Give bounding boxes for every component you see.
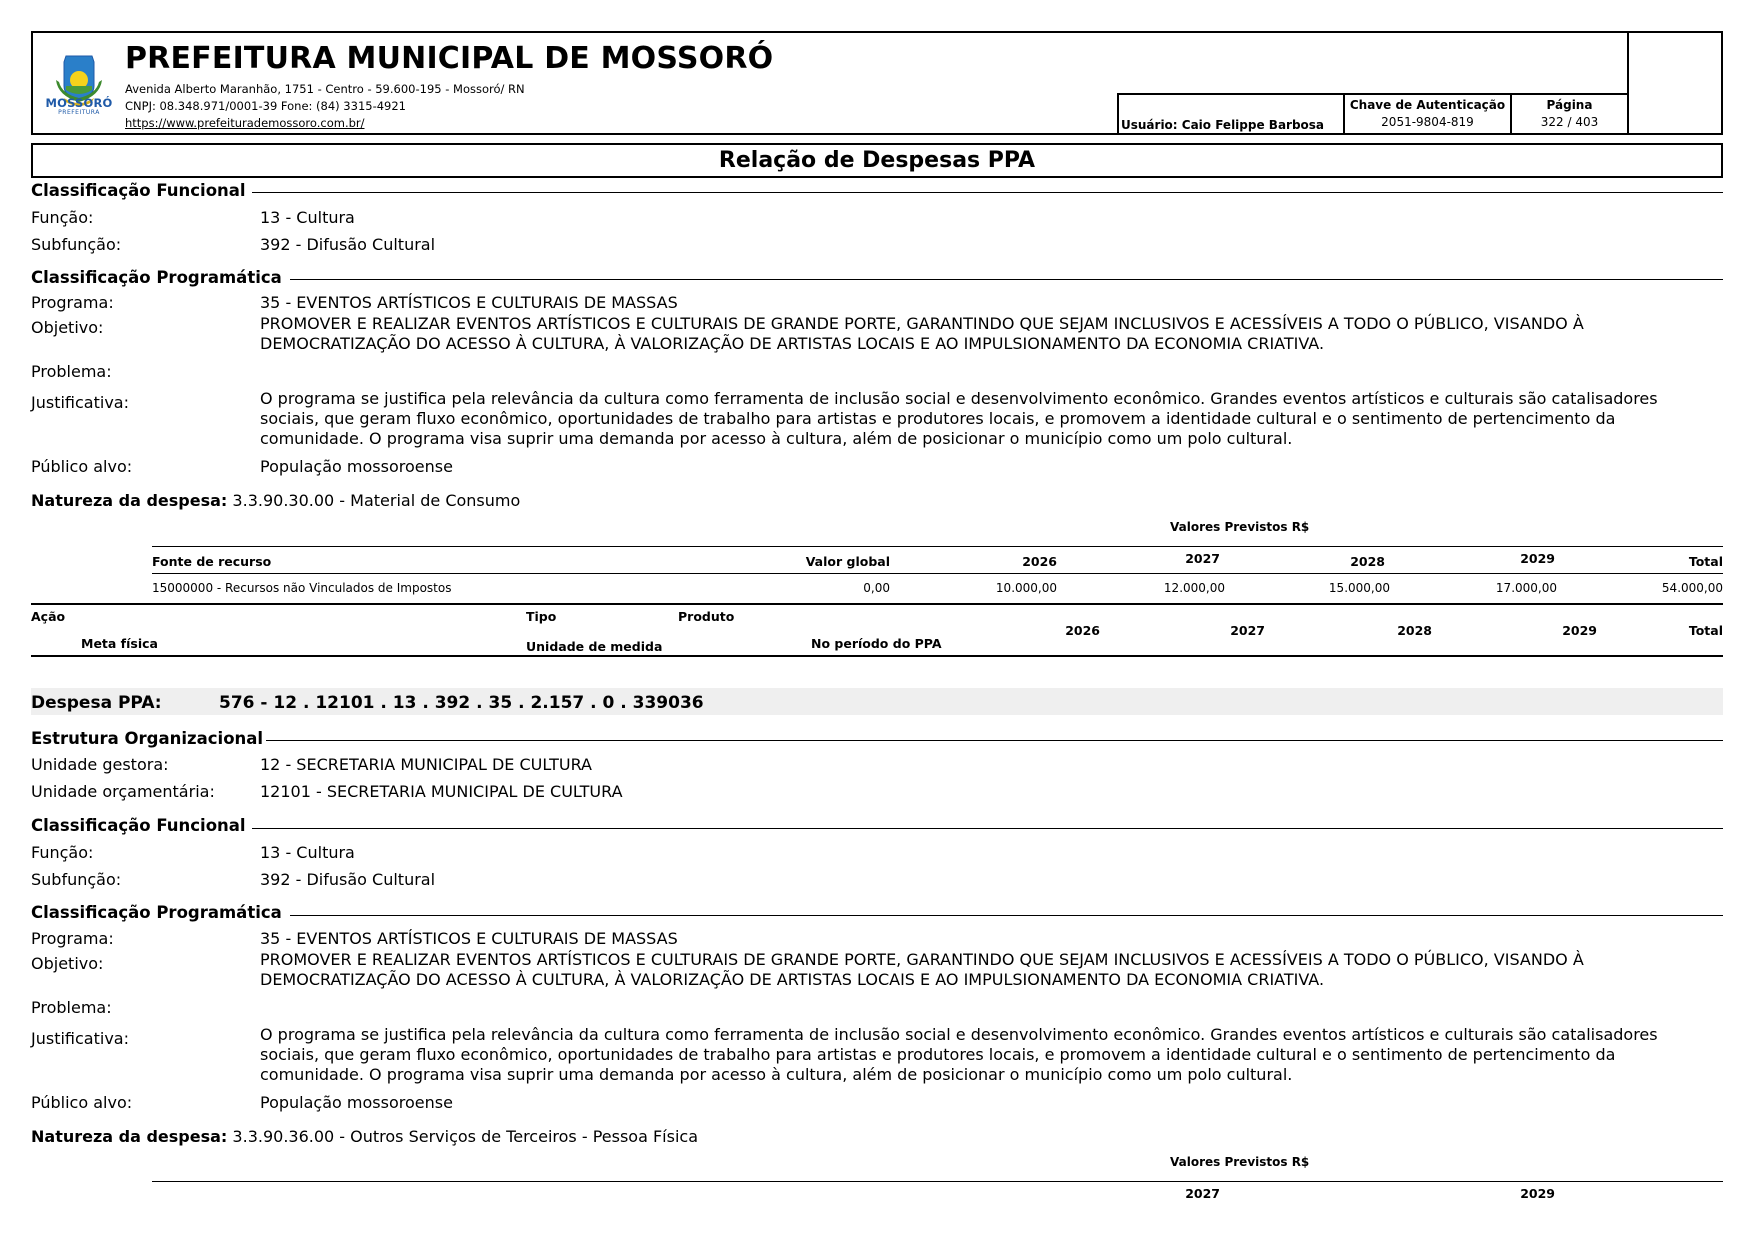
funcao-label: Função: bbox=[31, 208, 93, 227]
col-meta-2026: 2026 bbox=[1000, 623, 1100, 638]
problema-label: Problema: bbox=[31, 362, 112, 381]
section-heading-estrutura-organizacional: Estrutura Organizacional bbox=[31, 729, 263, 748]
natureza-despesa: Natureza da despesa: 3.3.90.30.00 - Mate… bbox=[31, 491, 520, 510]
problema-label: Problema: bbox=[31, 998, 112, 1017]
subfuncao-label: Subfunção: bbox=[31, 235, 121, 254]
section-heading-classificacao-programatica: Classificação Programática bbox=[31, 903, 282, 922]
funcao-label: Função: bbox=[31, 843, 93, 862]
unidade-gestora-label: Unidade gestora: bbox=[31, 755, 169, 774]
col-unidade-medida: Unidade de medida bbox=[526, 639, 662, 654]
fonte-recurso-cell: 15000000 - Recursos não Vinculados de Im… bbox=[152, 581, 451, 595]
section-rule bbox=[290, 279, 1723, 280]
justificativa-value: O programa se justifica pela relevância … bbox=[260, 1025, 1720, 1085]
col-total: Total bbox=[1620, 554, 1723, 569]
programa-label: Programa: bbox=[31, 929, 114, 948]
justificativa-value: O programa se justifica pela relevância … bbox=[260, 389, 1720, 449]
justificativa-label: Justificativa: bbox=[31, 393, 129, 412]
auth-key-label: Chave de Autenticação bbox=[1345, 98, 1510, 112]
col-meta-2028: 2028 bbox=[1332, 623, 1432, 638]
logo-wordmark: MOSSORÓ bbox=[40, 96, 118, 110]
section-heading-classificacao-funcional: Classificação Funcional bbox=[31, 181, 246, 200]
report-title: Relação de Despesas PPA bbox=[31, 143, 1723, 178]
col-2027: 2027 bbox=[1130, 551, 1220, 566]
col-no-periodo-ppa: No período do PPA bbox=[811, 636, 942, 651]
page-cell: Página 322 / 403 bbox=[1512, 95, 1627, 135]
organization-cnpj-phone: CNPJ: 08.348.971/0001-39 Fone: (84) 3315… bbox=[125, 99, 406, 113]
natureza-despesa-label: Natureza da despesa: bbox=[31, 1127, 227, 1146]
table-rule-thick bbox=[31, 603, 1723, 605]
organization-title: PREFEITURA MUNICIPAL DE MOSSORÓ bbox=[125, 41, 773, 76]
col-2026: 2026 bbox=[960, 554, 1057, 569]
organization-website-link[interactable]: https://www.prefeiturademossoro.com.br/ bbox=[125, 116, 365, 130]
total-cell: 54.000,00 bbox=[1620, 581, 1723, 595]
section-rule bbox=[252, 828, 1723, 829]
justificativa-label: Justificativa: bbox=[31, 1029, 129, 1048]
natureza-despesa-value: 3.3.90.36.00 - Outros Serviços de Tercei… bbox=[232, 1127, 698, 1146]
auth-key-cell: Chave de Autenticação 2051-9804-819 bbox=[1345, 95, 1512, 135]
publico-alvo-label: Público alvo: bbox=[31, 457, 132, 476]
objetivo-label: Objetivo: bbox=[31, 318, 103, 337]
valores-previstos-caption: Valores Previstos R$ bbox=[1170, 520, 1309, 534]
section-heading-classificacao-funcional: Classificação Funcional bbox=[31, 816, 246, 835]
unidade-gestora-value: 12 - SECRETARIA MUNICIPAL DE CULTURA bbox=[260, 755, 1720, 775]
report-info-box: Usuário: Caio Felippe Barbosa Chave de A… bbox=[1117, 93, 1627, 135]
col-acao: Ação bbox=[31, 609, 65, 624]
subfuncao-value: 392 - Difusão Cultural bbox=[260, 870, 1720, 890]
organization-address: Avenida Alberto Maranhão, 1751 - Centro … bbox=[125, 82, 525, 96]
page-number: 322 / 403 bbox=[1512, 115, 1627, 129]
unidade-orcamentaria-value: 12101 - SECRETARIA MUNICIPAL DE CULTURA bbox=[260, 782, 1720, 802]
auth-key-value: 2051-9804-819 bbox=[1345, 115, 1510, 129]
col-valor-global: Valor global bbox=[780, 554, 890, 569]
objetivo-value: PROMOVER E REALIZAR EVENTOS ARTÍSTICOS E… bbox=[260, 314, 1720, 354]
value-2026-cell: 10.000,00 bbox=[960, 581, 1057, 595]
logo-subtitle: PREFEITURA bbox=[40, 109, 118, 116]
table-rule bbox=[152, 546, 1723, 547]
table-rule bbox=[152, 573, 1723, 574]
despesa-ppa-label: Despesa PPA: bbox=[31, 693, 162, 713]
natureza-despesa-value: 3.3.90.30.00 - Material de Consumo bbox=[232, 491, 520, 510]
col-meta-2029: 2029 bbox=[1497, 623, 1597, 638]
section-heading-classificacao-programatica: Classificação Programática bbox=[31, 268, 282, 287]
section-rule bbox=[290, 915, 1723, 916]
col-2027: 2027 bbox=[1130, 1186, 1220, 1201]
unidade-orcamentaria-label: Unidade orçamentária: bbox=[31, 782, 215, 801]
valor-global-cell: 0,00 bbox=[780, 581, 890, 595]
col-meta-fisica: Meta física bbox=[81, 636, 158, 651]
value-2028-cell: 15.000,00 bbox=[1290, 581, 1390, 595]
col-2029: 2029 bbox=[1465, 551, 1555, 566]
subfuncao-value: 392 - Difusão Cultural bbox=[260, 235, 1720, 255]
section-rule bbox=[266, 740, 1723, 741]
objetivo-value: PROMOVER E REALIZAR EVENTOS ARTÍSTICOS E… bbox=[260, 950, 1720, 990]
natureza-despesa-label: Natureza da despesa: bbox=[31, 491, 227, 510]
natureza-despesa: Natureza da despesa: 3.3.90.36.00 - Outr… bbox=[31, 1127, 698, 1146]
col-meta-2027: 2027 bbox=[1165, 623, 1265, 638]
table-rule bbox=[152, 1181, 1723, 1182]
value-2029-cell: 17.000,00 bbox=[1457, 581, 1557, 595]
col-produto: Produto bbox=[678, 609, 734, 624]
section-rule bbox=[252, 192, 1723, 193]
user-label: Usuário: Caio Felippe Barbosa bbox=[1121, 118, 1324, 132]
page-label: Página bbox=[1512, 98, 1627, 112]
programa-value: 35 - EVENTOS ARTÍSTICOS E CULTURAIS DE M… bbox=[260, 929, 1720, 949]
programa-label: Programa: bbox=[31, 293, 114, 312]
publico-alvo-value: População mossoroense bbox=[260, 1093, 1720, 1113]
funcao-value: 13 - Cultura bbox=[260, 208, 1720, 228]
col-meta-total: Total bbox=[1620, 623, 1723, 638]
header-blank-box bbox=[1627, 31, 1723, 135]
publico-alvo-value: População mossoroense bbox=[260, 457, 1720, 477]
publico-alvo-label: Público alvo: bbox=[31, 1093, 132, 1112]
table-rule-thick bbox=[31, 655, 1723, 657]
programa-value: 35 - EVENTOS ARTÍSTICOS E CULTURAIS DE M… bbox=[260, 293, 1720, 313]
subfuncao-label: Subfunção: bbox=[31, 870, 121, 889]
col-tipo: Tipo bbox=[526, 609, 556, 624]
col-2029: 2029 bbox=[1465, 1186, 1555, 1201]
col-2028: 2028 bbox=[1295, 554, 1385, 569]
value-2027-cell: 12.000,00 bbox=[1125, 581, 1225, 595]
despesa-ppa-code: 576 - 12 . 12101 . 13 . 392 . 35 . 2.157… bbox=[219, 693, 704, 713]
objetivo-label: Objetivo: bbox=[31, 954, 103, 973]
valores-previstos-caption: Valores Previstos R$ bbox=[1170, 1155, 1309, 1169]
funcao-value: 13 - Cultura bbox=[260, 843, 1720, 863]
user-cell: Usuário: Caio Felippe Barbosa bbox=[1119, 95, 1345, 135]
col-fonte-recurso: Fonte de recurso bbox=[152, 554, 271, 569]
